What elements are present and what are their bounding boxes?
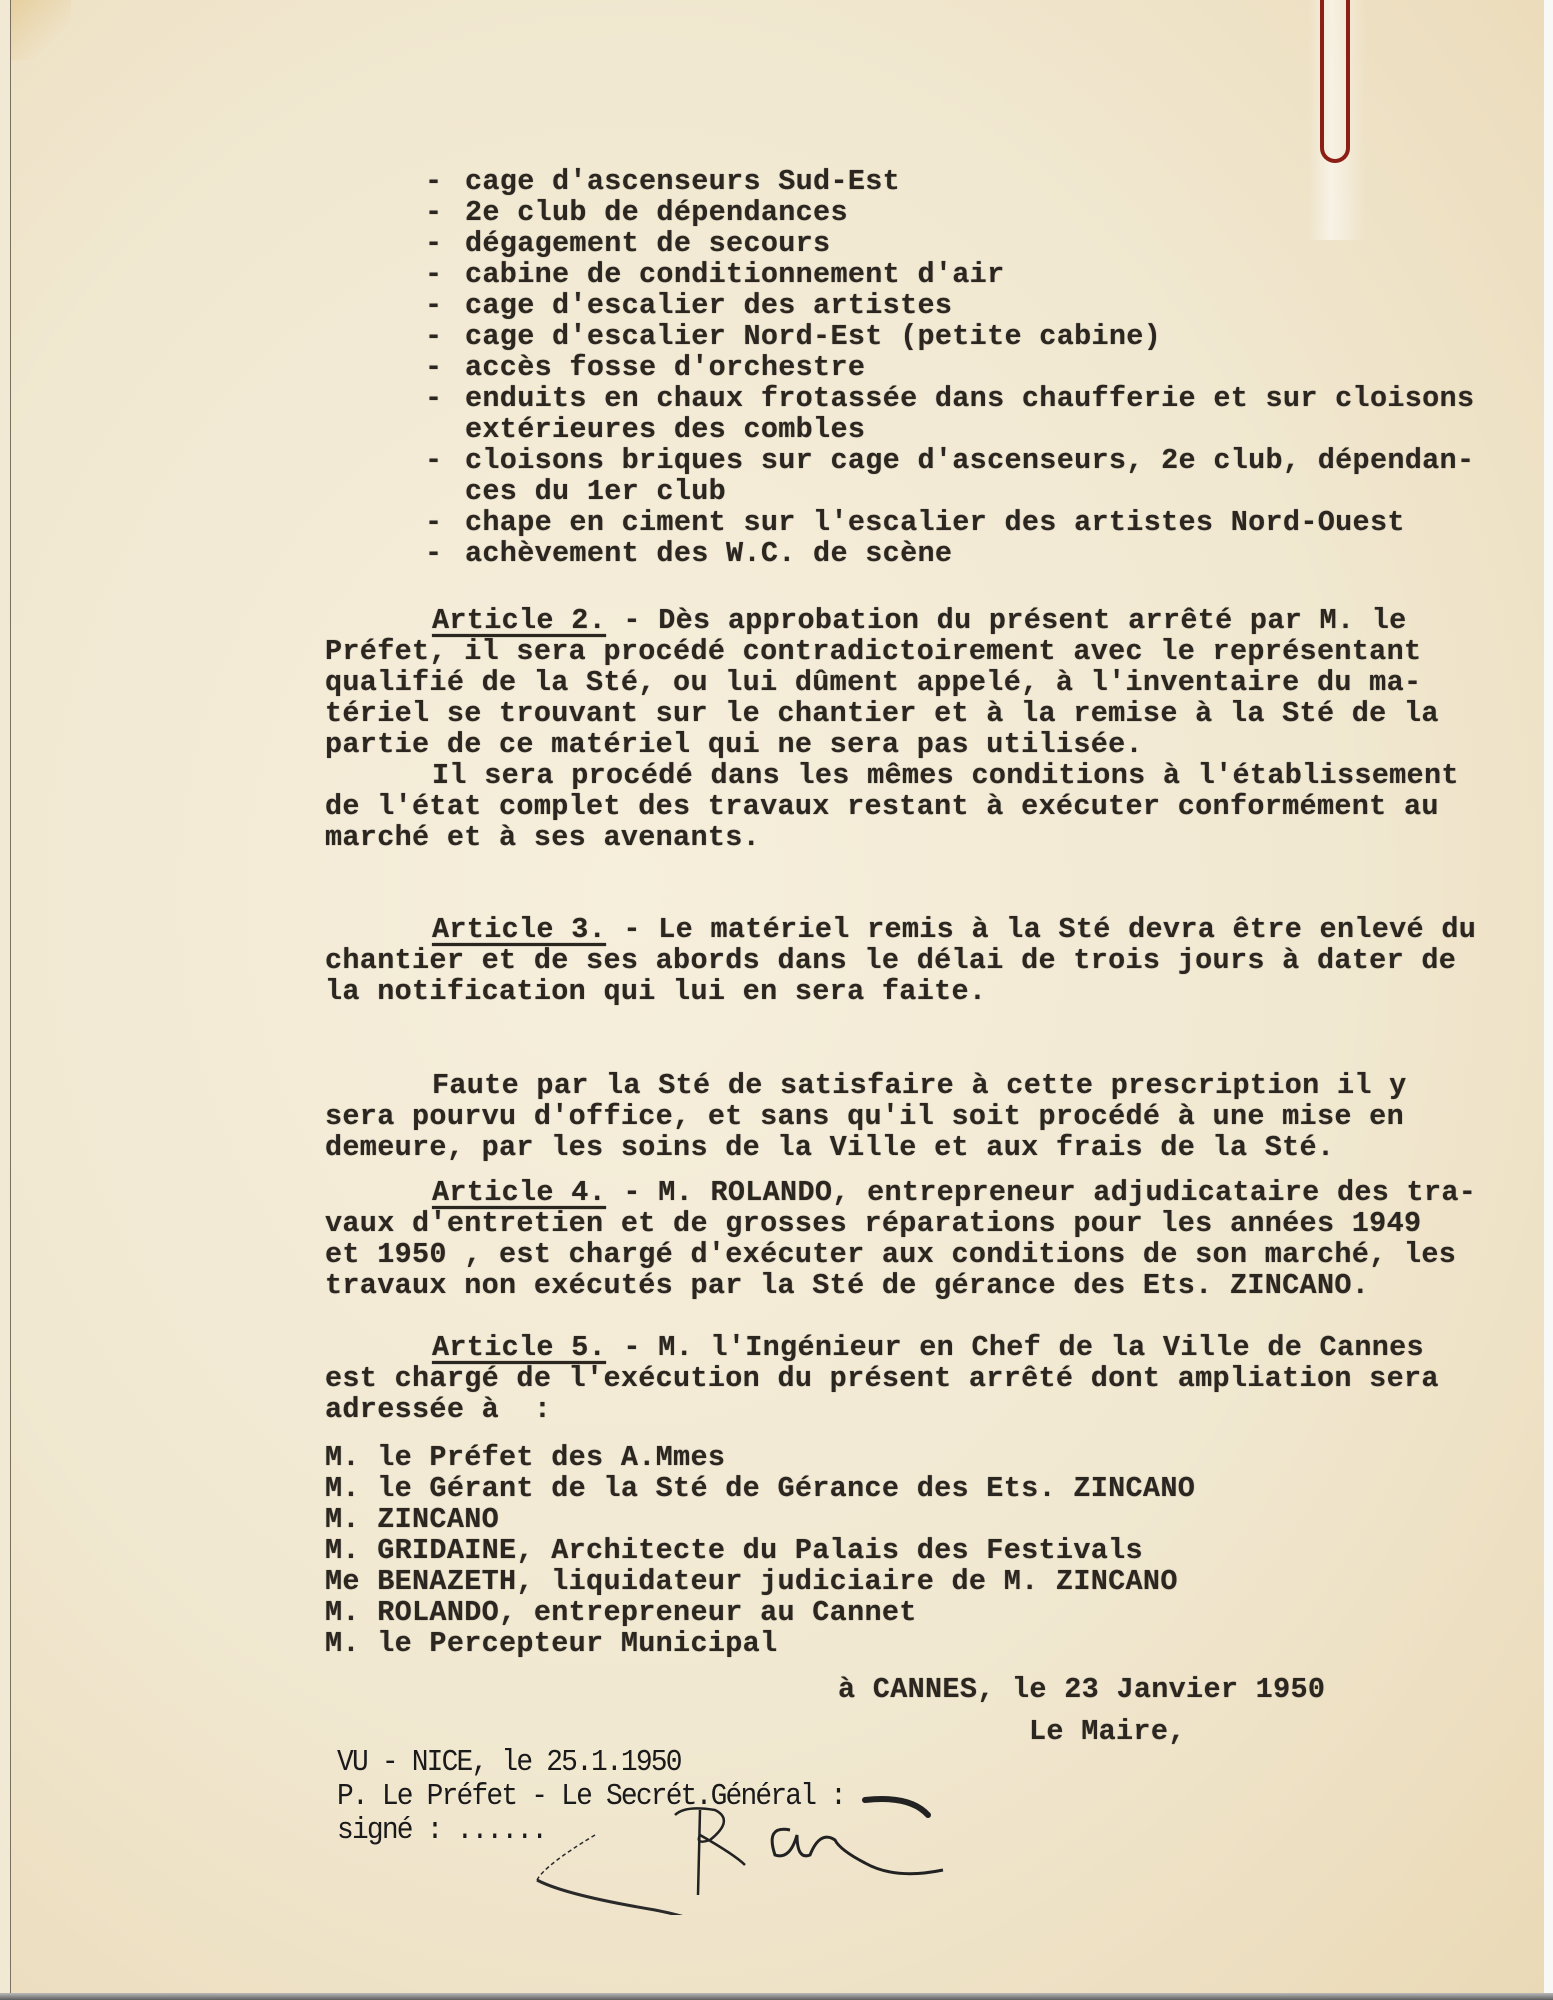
article-heading: Article 4. — [432, 1176, 606, 1209]
list-item-text: ces du 1er club — [465, 475, 726, 508]
article-paragraph: Article 5. - M. l'Ingénieur en Chef de l… — [325, 1332, 1553, 1425]
list-item-text: cage d'escalier des artistes — [465, 289, 952, 322]
text-line: tériel se trouvant sur le chantier et à … — [325, 698, 1553, 729]
bullet-icon: - — [425, 507, 465, 538]
list-item: -dégagement de secours — [425, 228, 1474, 259]
text-line: Faute par la Sté de satisfaire à cette p… — [325, 1070, 1553, 1101]
text-line: sera pourvu d'office, et sans qu'il soit… — [325, 1101, 1553, 1132]
list-item-text: achèvement des W.C. de scène — [465, 537, 952, 570]
scan-border — [0, 1993, 1553, 2000]
list-item: ces du 1er club — [425, 476, 1474, 507]
article-paragraph: Il sera procédé dans les mêmes condition… — [325, 760, 1553, 853]
list-item: -cabine de conditionnement d'air — [425, 259, 1474, 290]
recipients-list: M. le Préfet des A.MmesM. le Gérant de l… — [325, 1442, 1195, 1659]
text-line: de l'état complet des travaux restant à … — [325, 791, 1553, 822]
text-line: et 1950 , est chargé d'exécuter aux cond… — [325, 1239, 1553, 1270]
signatory-title: Le Maire, — [1029, 1716, 1186, 1747]
article-paragraph: Article 4. - M. ROLANDO, entrepreneur ad… — [325, 1177, 1553, 1301]
list-item-text: cloisons briques sur cage d'ascenseurs, … — [465, 444, 1474, 477]
text-line: vaux d'entretien et de grosses réparatio… — [325, 1208, 1553, 1239]
list-item: -cage d'escalier Nord-Est (petite cabine… — [425, 321, 1474, 352]
article-heading: Article 3. — [432, 913, 606, 946]
text-line: Article 3. - Le matériel remis à la Sté … — [325, 914, 1553, 945]
bullet-icon: - — [425, 290, 465, 321]
list-item-text: enduits en chaux frotassée dans chauffer… — [465, 382, 1474, 415]
text-line: qualifié de la Sté, ou lui dûment appelé… — [325, 667, 1553, 698]
text-line: Préfet, il sera procédé contradictoireme… — [325, 636, 1553, 667]
article-paragraph: Article 3. - Le matériel remis à la Sté … — [325, 914, 1553, 1007]
list-item-text: chape en ciment sur l'escalier des artis… — [465, 506, 1405, 539]
list-item: -cage d'escalier des artistes — [425, 290, 1474, 321]
list-item: -chape en ciment sur l'escalier des arti… — [425, 507, 1474, 538]
article-heading: Article 5. — [432, 1331, 606, 1364]
list-item: -2e club de dépendances — [425, 197, 1474, 228]
recipient: Me BENAZETH, liquidateur judiciaire de M… — [325, 1566, 1195, 1597]
paperclip-icon — [1320, 0, 1350, 163]
text-line: est chargé de l'exécution du présent arr… — [325, 1363, 1553, 1394]
bullet-icon: - — [425, 228, 465, 259]
place-date: à CANNES, le 23 Janvier 1950 — [838, 1674, 1325, 1705]
list-item: -enduits en chaux frotassée dans chauffe… — [425, 383, 1474, 414]
list-item-text: cage d'escalier Nord-Est (petite cabine) — [465, 320, 1161, 353]
list-item: -cage d'ascenseurs Sud-Est — [425, 166, 1474, 197]
recipient: M. le Préfet des A.Mmes — [325, 1442, 1195, 1473]
visa-line: VU - NICE, le 25.1.1950 — [337, 1746, 845, 1780]
bullet-icon: - — [425, 445, 465, 476]
text-line: travaux non exécutés par la Sté de géran… — [325, 1270, 1553, 1301]
text-line: la notification qui lui en sera faite. — [325, 976, 1553, 1007]
text-line: demeure, par les soins de la Ville et au… — [325, 1132, 1553, 1163]
handwritten-signature-icon — [535, 1785, 955, 1915]
bullet-icon: - — [425, 259, 465, 290]
article-heading: Article 2. — [432, 604, 606, 637]
paper-corner-stain — [11, 0, 71, 60]
bullet-icon: - — [425, 538, 465, 569]
list-item-text: dégagement de secours — [465, 227, 830, 260]
list-item-text: extérieures des combles — [465, 413, 865, 446]
article-paragraph: Article 2. - Dès approbation du présent … — [325, 605, 1553, 760]
text-line: adressée à : — [325, 1394, 1553, 1425]
text-line: partie de ce matériel qui ne sera pas ut… — [325, 729, 1553, 760]
text-line: Article 2. - Dès approbation du présent … — [325, 605, 1553, 636]
recipient: M. ZINCANO — [325, 1504, 1195, 1535]
text-line: Il sera procédé dans les mêmes condition… — [325, 760, 1553, 791]
list-item-text: accès fosse d'orchestre — [465, 351, 865, 384]
list-item-text: cage d'ascenseurs Sud-Est — [465, 165, 900, 198]
bullet-icon: - — [425, 383, 465, 414]
list-item: -accès fosse d'orchestre — [425, 352, 1474, 383]
text-line: Article 4. - M. ROLANDO, entrepreneur ad… — [325, 1177, 1553, 1208]
works-list: -cage d'ascenseurs Sud-Est-2e club de dé… — [425, 166, 1474, 569]
text-line: Article 5. - M. l'Ingénieur en Chef de l… — [325, 1332, 1553, 1363]
recipient: M. le Percepteur Municipal — [325, 1628, 1195, 1659]
recipient: M. le Gérant de la Sté de Gérance des Et… — [325, 1473, 1195, 1504]
list-item: -cloisons briques sur cage d'ascenseurs,… — [425, 445, 1474, 476]
text-line: marché et à ses avenants. — [325, 822, 1553, 853]
bullet-icon: - — [425, 197, 465, 228]
text-line: chantier et de ses abords dans le délai … — [325, 945, 1553, 976]
recipient: M. GRIDAINE, Architecte du Palais des Fe… — [325, 1535, 1195, 1566]
list-item-text: 2e club de dépendances — [465, 196, 848, 229]
list-item: -achèvement des W.C. de scène — [425, 538, 1474, 569]
recipient: M. ROLANDO, entrepreneur au Cannet — [325, 1597, 1195, 1628]
article-paragraph: Faute par la Sté de satisfaire à cette p… — [325, 1070, 1553, 1163]
bullet-icon: - — [425, 352, 465, 383]
list-item-text: cabine de conditionnement d'air — [465, 258, 1005, 291]
list-item: extérieures des combles — [425, 414, 1474, 445]
bullet-icon: - — [425, 166, 465, 197]
bullet-icon: - — [425, 321, 465, 352]
